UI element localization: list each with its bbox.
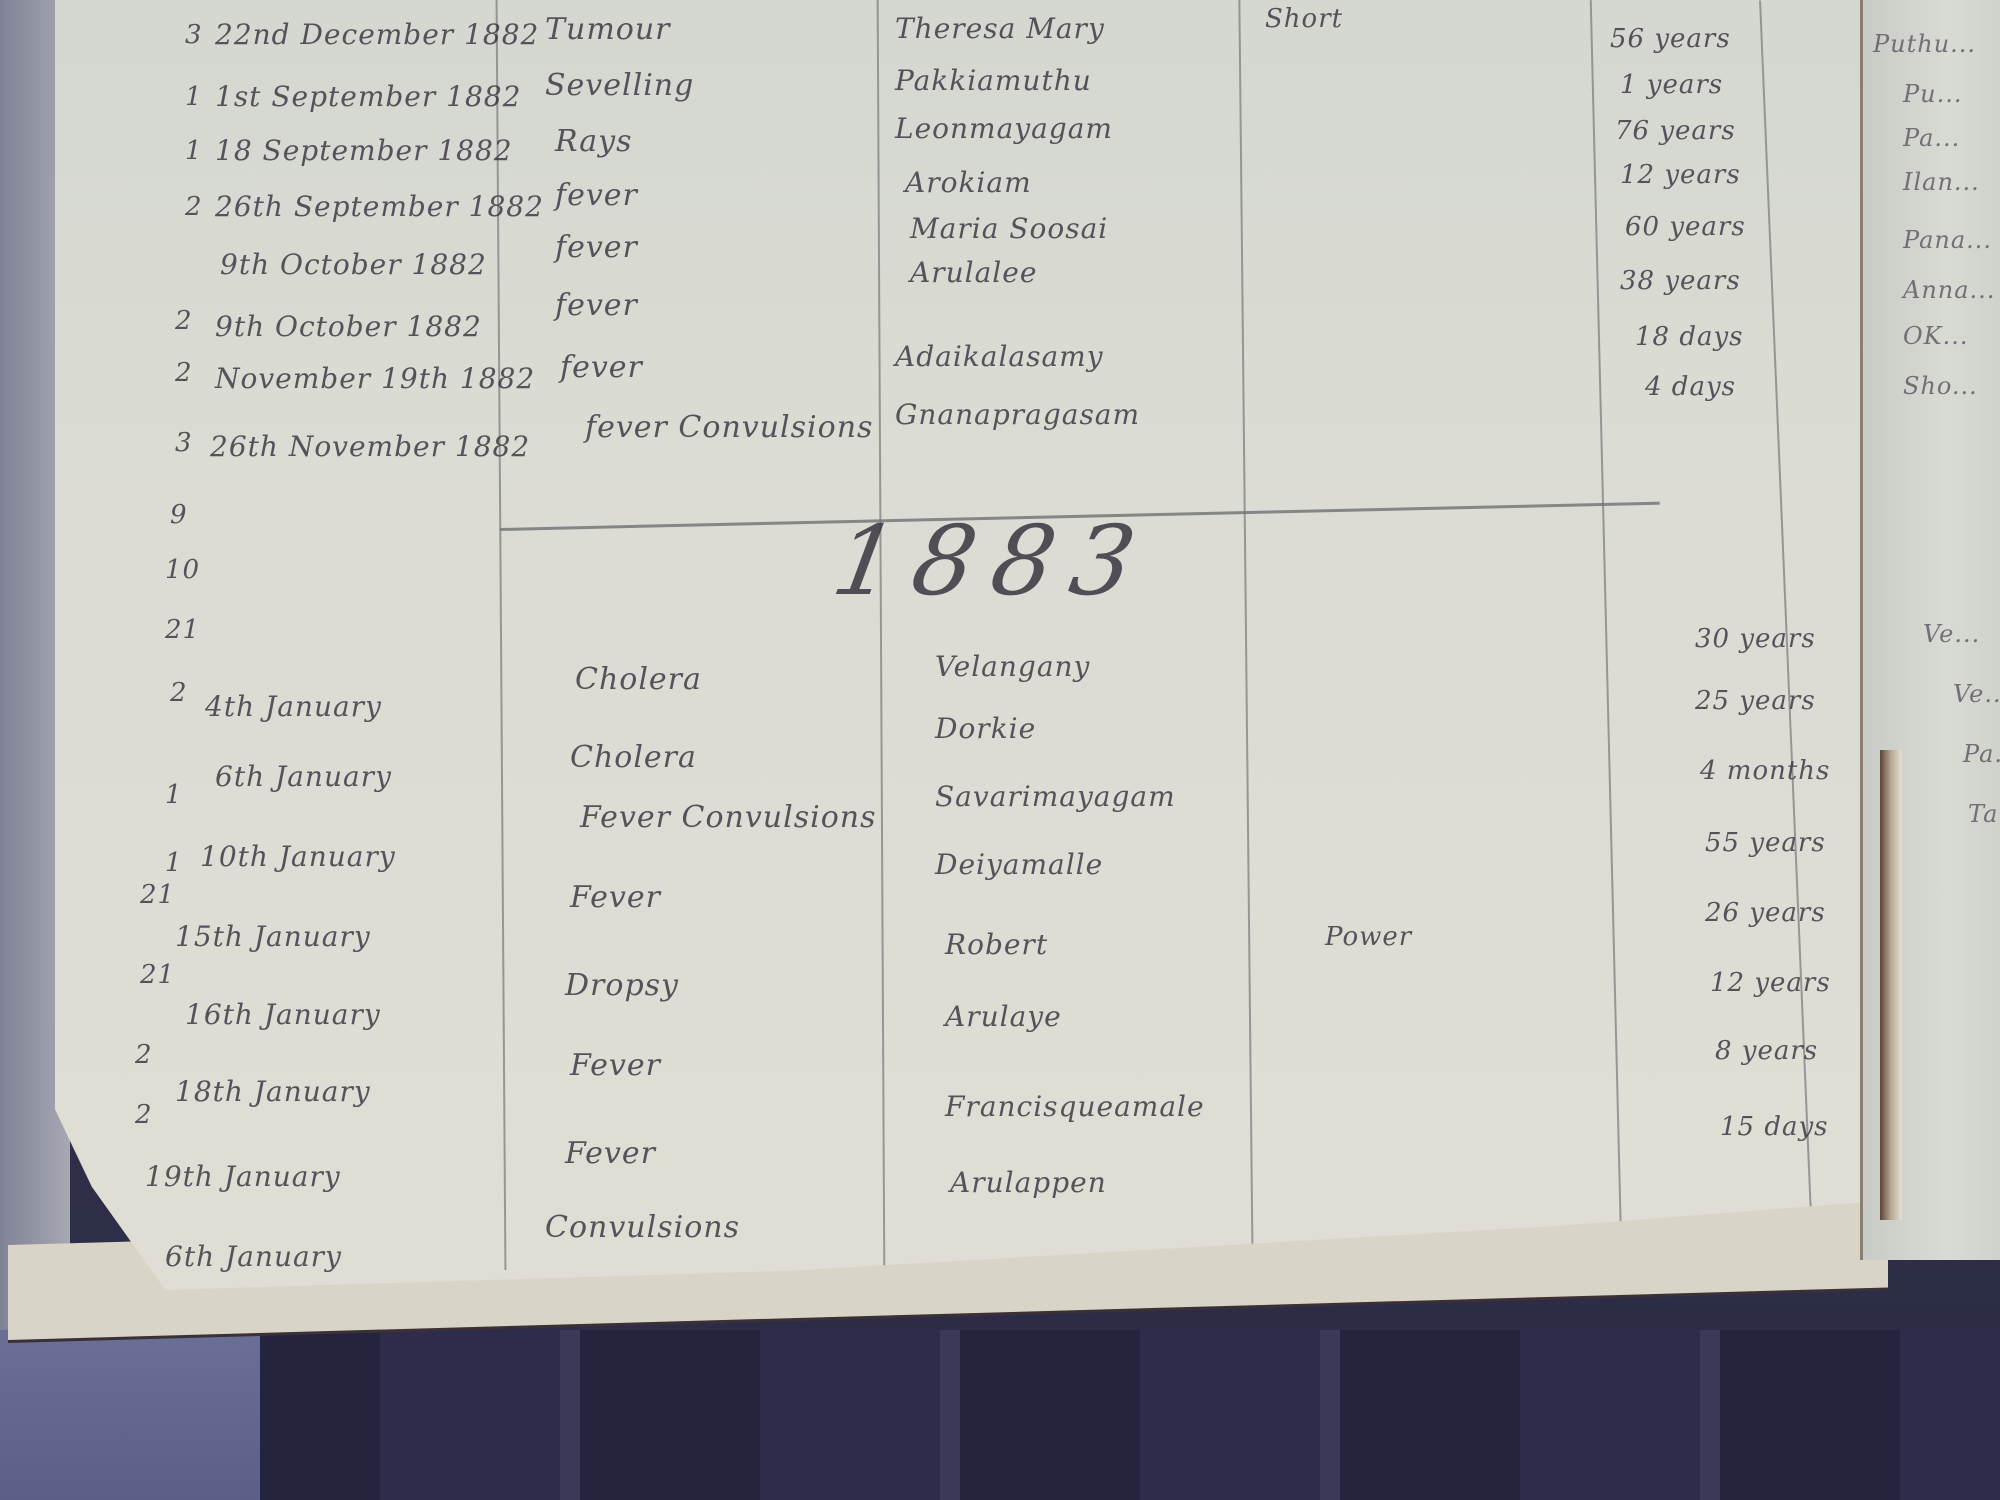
facing-page-text: Sho... xyxy=(1903,372,1978,400)
torn-page-edge xyxy=(1880,750,1902,1220)
margin-number: 21 xyxy=(165,615,200,645)
entry-date: 1st September 1882 xyxy=(215,80,521,113)
entry-date: 26th September 1882 xyxy=(215,190,544,223)
entry-date: 9th October 1882 xyxy=(215,310,482,343)
entry-name: Savarimayagam xyxy=(935,780,1176,813)
column-rule-cause-name xyxy=(877,0,886,1280)
margin-number: 2 xyxy=(135,1100,153,1130)
entry-cause: Cholera xyxy=(575,662,702,697)
facing-page-text: Pa... xyxy=(1903,124,1960,152)
facing-page-text: Ilan... xyxy=(1903,168,1980,196)
entry-cause: fever xyxy=(560,350,643,385)
facing-page-text: Anna... xyxy=(1903,276,1995,304)
column-rule-remark-age xyxy=(1590,0,1623,1250)
entry-name: Maria Soosai xyxy=(910,212,1108,245)
entry-name: Theresa Mary xyxy=(895,12,1105,45)
entry-cause: Fever Convulsions xyxy=(580,800,876,835)
margin-number: 21 xyxy=(140,960,175,990)
entry-date: 15th January xyxy=(175,920,371,953)
facing-page-text: OK... xyxy=(1903,322,1969,350)
entry-cause: Tumour xyxy=(545,12,671,47)
entry-age: 15 days xyxy=(1720,1112,1829,1142)
entry-name: Francisqueamale xyxy=(945,1090,1205,1123)
facing-page-text: Pana... xyxy=(1903,226,1992,254)
entry-cause: fever Convulsions xyxy=(585,410,873,445)
entry-cause: fever xyxy=(555,178,638,213)
facing-page-text: Puthu... xyxy=(1873,30,1976,58)
margin-number: 2 xyxy=(170,678,188,708)
entry-remark-certifier: Power xyxy=(1325,922,1412,952)
margin-number: 21 xyxy=(140,880,175,910)
facing-page-text: Ve... xyxy=(1953,680,2000,708)
entry-date: 18th January xyxy=(175,1075,371,1108)
column-rule-name-remark xyxy=(1238,0,1253,1270)
facing-page-text: Ve... xyxy=(1923,620,1980,648)
entry-name: Dorkie xyxy=(935,712,1036,745)
margin-number: 10 xyxy=(165,555,200,585)
entry-name: Gnanapragasam xyxy=(895,398,1140,431)
entry-age: 4 days xyxy=(1645,372,1736,402)
entry-name: Arokiam xyxy=(905,166,1032,199)
entry-age: 60 years xyxy=(1625,212,1746,242)
register-page: 3 22nd December 1882 Tumour Theresa Mary… xyxy=(55,0,1895,1290)
margin-number: 3 xyxy=(185,20,203,50)
entry-age: 76 years xyxy=(1615,116,1736,146)
facing-page-text: Pu... xyxy=(1903,80,1963,108)
margin-number: 1 xyxy=(165,848,183,878)
background-table-surface xyxy=(0,1330,2000,1500)
entry-name: Pakkiamuthu xyxy=(895,64,1092,97)
entry-age: 12 years xyxy=(1620,160,1741,190)
margin-number: 2 xyxy=(175,306,193,336)
entry-date: November 19th 1882 xyxy=(215,362,535,395)
entry-age: 18 days xyxy=(1635,322,1744,352)
entry-age: 56 years xyxy=(1610,24,1731,54)
entry-date: 16th January xyxy=(185,998,381,1031)
entry-date: 19th January xyxy=(145,1160,341,1193)
margin-number: 1 xyxy=(165,780,183,810)
entry-age: 4 months xyxy=(1700,756,1830,786)
entry-age: 38 years xyxy=(1620,266,1741,296)
entry-cause: Rays xyxy=(555,124,633,159)
entry-age: 25 years xyxy=(1695,686,1816,716)
entry-date: 9th October 1882 xyxy=(220,248,487,281)
margin-number: 2 xyxy=(135,1040,153,1070)
entry-cause: Fever xyxy=(565,1136,656,1171)
entry-date: 6th January xyxy=(215,760,392,793)
entry-date: 4th January xyxy=(205,690,382,723)
entry-cause: fever xyxy=(555,288,638,323)
entry-age: 8 years xyxy=(1715,1036,1818,1066)
entry-name: Arulappen xyxy=(950,1166,1107,1199)
entry-cause: Cholera xyxy=(570,740,697,775)
entry-age: 26 years xyxy=(1705,898,1826,928)
margin-number: 1 xyxy=(185,136,203,166)
entry-date: 22nd December 1882 xyxy=(215,18,539,51)
entry-name: Adaikalasamy xyxy=(895,340,1104,373)
entry-date: 18 September 1882 xyxy=(215,134,513,167)
entry-date: 10th January xyxy=(200,840,396,873)
year-heading: 1883 xyxy=(825,505,1161,617)
entry-age: 55 years xyxy=(1705,828,1826,858)
entry-cause: Fever xyxy=(570,880,661,915)
entry-date: 26th November 1882 xyxy=(210,430,530,463)
margin-number: 1 xyxy=(185,82,203,112)
facing-page-text: Ta... xyxy=(1968,800,2000,828)
entry-age: 12 years xyxy=(1710,968,1831,998)
entry-remark: Short xyxy=(1265,4,1343,34)
entry-cause: fever xyxy=(555,230,638,265)
entry-cause: Sevelling xyxy=(545,68,694,103)
margin-number: 2 xyxy=(175,358,193,388)
entry-name: Arulalee xyxy=(910,256,1037,289)
entry-date: 6th January xyxy=(165,1240,342,1273)
margin-number: 3 xyxy=(175,428,193,458)
entry-name: Arulaye xyxy=(945,1000,1062,1033)
background-blue-cloth xyxy=(0,1330,260,1500)
entry-cause: Dropsy xyxy=(565,968,679,1003)
entry-age: 30 years xyxy=(1695,624,1816,654)
margin-number: 2 xyxy=(185,192,203,222)
entry-cause: Fever xyxy=(570,1048,661,1083)
entry-age: 1 years xyxy=(1620,70,1723,100)
entry-cause: Convulsions xyxy=(545,1210,740,1245)
facing-page-text: Pa... xyxy=(1963,740,2000,768)
margin-number: 9 xyxy=(170,500,188,530)
entry-name: Deiyamalle xyxy=(935,848,1103,881)
entry-name: Leonmayagam xyxy=(895,112,1113,145)
entry-name: Robert xyxy=(945,928,1048,961)
entry-name: Velangany xyxy=(935,650,1090,683)
